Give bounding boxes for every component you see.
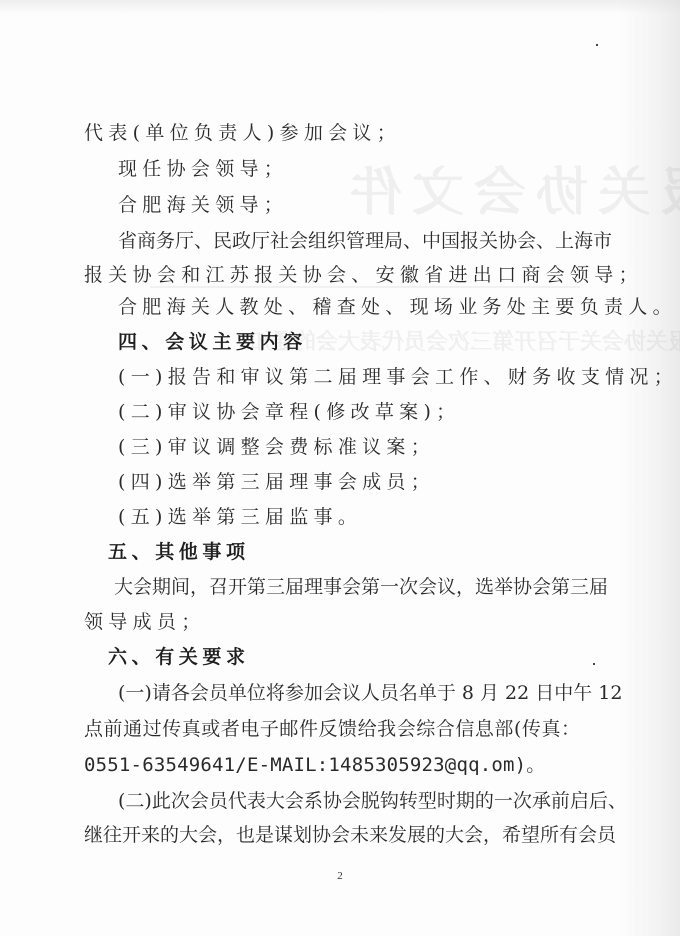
body-line: 现任协会领导； bbox=[118, 157, 288, 181]
document-page: 安徽报关协会文件 安徽报关协会关于召开第三次会员代表大会的通知 代表(单位负责人… bbox=[0, 0, 680, 936]
section-heading-five: 五、其他事项 bbox=[108, 540, 250, 564]
requirement-item: (二)此次会员代表大会系协会脱钩转型时期的一次承前启后、 bbox=[118, 789, 580, 813]
body-line: 领导成员； bbox=[84, 610, 206, 634]
body-line: 省商务厅、民政厅社会组织管理局、中国报关协会、上海市 bbox=[118, 229, 580, 253]
body-line: 继往开来的大会，也是谋划协会未来发展的大会，希望所有会员 bbox=[84, 823, 580, 847]
scan-edge-noise bbox=[620, 0, 680, 936]
scan-speck bbox=[596, 44, 598, 46]
agenda-item: (三)审议调整会费标准议案； bbox=[118, 435, 435, 459]
page-number: 2 bbox=[0, 870, 680, 882]
requirement-item: (一)请各会员单位将参加会议人员名单于 8 月 22 日中午 12 bbox=[118, 681, 580, 705]
body-line: 报关协会和江苏报关协会、安徽省进出口商会领导； bbox=[84, 263, 643, 287]
scan-speck bbox=[593, 663, 595, 665]
agenda-item: (四)选举第三届理事会成员； bbox=[118, 470, 435, 494]
scan-top-shadow bbox=[0, 0, 680, 14]
agenda-item: (一)报告和审议第二届理事会工作、财务收支情况； bbox=[118, 365, 678, 389]
section-heading-six: 六、有关要求 bbox=[108, 645, 250, 669]
body-line: 大会期间，召开第三届理事会第一次会议，选举协会第三届 bbox=[114, 575, 580, 599]
body-line: 合肥海关人教处、稽查处、现场业务处主要负责人。 bbox=[118, 295, 677, 319]
agenda-item: (二)审议协会章程(修改草案)； bbox=[118, 400, 460, 424]
agenda-item: (五)选举第三届监事。 bbox=[118, 505, 362, 529]
body-line: 代表(单位负责人)参加会议； bbox=[84, 121, 401, 145]
show-through-title: 安徽报关协会文件 bbox=[340, 150, 680, 225]
body-line: 点前通过传真或者电子邮件反馈给我会综合信息部(传真： bbox=[84, 717, 580, 741]
scan-speck bbox=[593, 373, 595, 375]
show-through-subtitle: 安徽报关协会关于召开第三次会员代表大会的通知 bbox=[250, 325, 680, 356]
contact-line: 0551-63549641/E-MAIL:1485305923@qq.om)。 bbox=[84, 753, 545, 777]
section-heading-four: 四、会议主要内容 bbox=[118, 330, 307, 354]
body-line: 合肥海关领导； bbox=[118, 193, 288, 217]
